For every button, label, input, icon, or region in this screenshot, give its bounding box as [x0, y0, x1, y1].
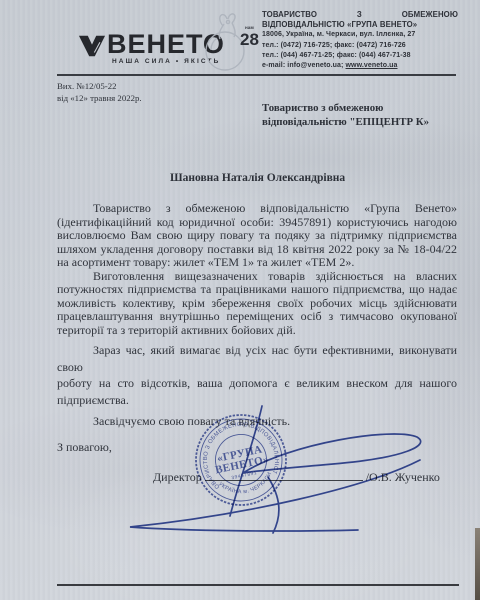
- company-name-line1: ТОВАРИСТВО З ОБМЕЖЕНОЮ: [262, 10, 458, 20]
- anniversary-balloon-icon: нам 28: [202, 6, 264, 74]
- company-phone1: тел.: (0472) 716-725; факс: (0472) 716-7…: [262, 41, 458, 51]
- body-text-line: висловлюємо Вам свою щиру повагу та подя…: [57, 229, 457, 243]
- table-edge-background: [475, 528, 480, 600]
- company-name-word: З: [357, 10, 362, 20]
- veneto-v-logo-icon: [78, 34, 106, 58]
- company-name-word: ОБМЕЖЕНОЮ: [402, 10, 458, 20]
- addressee-line1: Товариство з обмеженою: [262, 101, 429, 115]
- body-text-line: можливість колективу, крім збереження св…: [57, 297, 457, 311]
- anniversary-number: 28: [240, 30, 259, 49]
- body-text-line: Зараз час, який вимагає від усіх нас бут…: [57, 342, 457, 375]
- body-text-line: потужностях підприємства та працівниками…: [57, 283, 457, 297]
- reference-block: Вих. №12/05-22 від «12» травня 2022р.: [57, 81, 142, 104]
- scanned-letter-photo: ВЕНЕТО НАША СИЛА • ЯКІСТЬ нам 28 ТОВАРИС…: [0, 0, 480, 600]
- paragraph-gratitude: Товариство з обмеженою відповідальністю …: [57, 202, 457, 270]
- addressee-block: Товариство з обмеженою відповідальністю …: [262, 101, 429, 129]
- paragraph-production: Виготовлення вищезазначених товарів здій…: [57, 270, 457, 338]
- company-email: e-mail: info@veneto.ua;: [262, 62, 346, 69]
- company-name-word: ТОВАРИСТВО: [262, 10, 317, 20]
- body-text-line: (ідентифікаційний код юридичної особи: 3…: [57, 216, 457, 230]
- letter-date: від «12» травня 2022р.: [57, 93, 142, 105]
- company-email-line: e-mail: info@veneto.ua; www.veneto.ua: [262, 61, 458, 71]
- body-text-line: працевлаштування внутрішньо переміщених …: [57, 310, 457, 324]
- body-text-line: на асортимент товару: жилет «ТЕМ 1» та ж…: [57, 256, 457, 270]
- company-website-link: www.veneto.ua: [346, 62, 398, 69]
- company-phone2: тел.: (044) 467-71-25; факс: (044) 467-7…: [262, 51, 458, 61]
- footer-divider-line: [57, 584, 459, 586]
- addressee-line2: відповідальністю "ЕПІЦЕНТР К»: [262, 115, 429, 129]
- director-handwritten-signature: [95, 393, 440, 545]
- letterhead-divider-line: [57, 74, 456, 76]
- outgoing-number: Вих. №12/05-22: [57, 81, 142, 93]
- company-name-line2: ВІДПОВІДАЛЬНІСТЮ «ГРУПА ВЕНЕТО»: [262, 20, 458, 30]
- body-text-line: Виготовлення вищезазначених товарів здій…: [57, 270, 457, 284]
- body-text-line: шляхом укладення договору поставки від 1…: [57, 243, 457, 257]
- body-text-line: території та з територій активних бойови…: [57, 324, 457, 338]
- body-text-line: роботу на сто відсотків, ваша допомога є…: [57, 375, 457, 392]
- company-contact-block: ТОВАРИСТВО З ОБМЕЖЕНОЮ ВІДПОВІДАЛЬНІСТЮ …: [262, 10, 458, 71]
- body-text-line: Товариство з обмеженою відповідальністю …: [57, 202, 457, 216]
- company-address: 18006, Україна, м. Черкаси, вул. Іллєнка…: [262, 30, 458, 40]
- salutation: Шановна Наталія Олександрівна: [170, 172, 345, 184]
